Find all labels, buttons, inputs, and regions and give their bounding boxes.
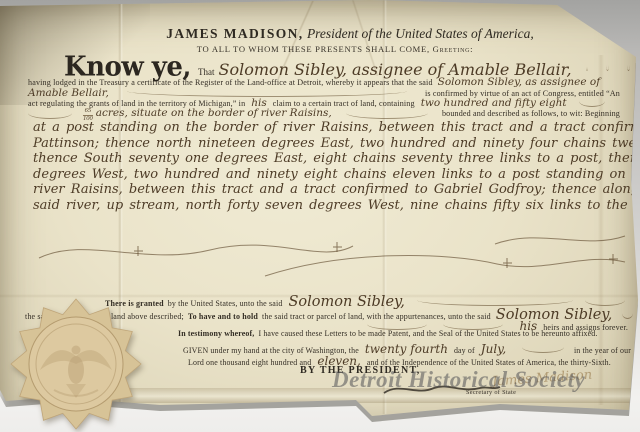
script-segment: acres, situate on the border of river Ra…: [96, 108, 332, 119]
watermark: Detroit Historical Society: [332, 367, 585, 393]
great-seal: [2, 298, 150, 432]
print-segment: Lord one thousand eight hundred and: [188, 358, 311, 367]
pen-squiggle: [586, 64, 589, 71]
metes-line: said river, up stream, north forty seven…: [33, 198, 619, 214]
metes-and-bounds: at a post standing on the border of rive…: [33, 120, 619, 213]
document-title: JAMES MADISON, President of the United S…: [120, 26, 580, 42]
script-segment: two hundred and fifty eight: [421, 98, 567, 109]
print-segment: That: [198, 67, 215, 77]
pen-squiggle: [579, 100, 605, 107]
preamble-line: having lodged in the Treasury a certific…: [28, 77, 620, 89]
seal-starburst: [2, 298, 150, 432]
president-title: President of the United States of Americ…: [304, 26, 534, 41]
pen-squiggle: [622, 312, 633, 319]
pen-squiggle: [522, 346, 564, 353]
metes-line: degrees West, two hundred and ninety eig…: [33, 167, 619, 183]
metes-line: at a post standing on the border of rive…: [33, 120, 619, 136]
script-segment: Amable Bellair,: [28, 88, 109, 99]
pen-squiggle: [627, 64, 630, 71]
pen-flourishes: [25, 220, 630, 298]
pen-squiggle: [417, 299, 573, 306]
script-segment: Solomon Sibley, as assignee of: [438, 77, 600, 88]
pen-squiggle: [28, 112, 72, 119]
pen-squiggle: [606, 64, 609, 71]
print-segment: In testimony whereof,: [178, 329, 254, 338]
metes-line: thence South seventy one degrees East, e…: [33, 151, 619, 167]
testimony-line: In testimony whereof, I have caused thes…: [178, 329, 598, 338]
document-photo: JAMES MADISON, President of the United S…: [0, 0, 640, 432]
pen-squiggle: [346, 112, 428, 119]
president-name: JAMES MADISON,: [166, 26, 303, 41]
print-segment: bounded and described as follows, to wit…: [442, 109, 620, 120]
print-segment: I have caused these Letters to be made P…: [258, 329, 597, 338]
metes-line: Pattinson; thence north nineteen degrees…: [33, 136, 619, 152]
metes-line: river Raisins, between this tract and a …: [33, 182, 619, 198]
pen-squiggle: [585, 299, 625, 306]
